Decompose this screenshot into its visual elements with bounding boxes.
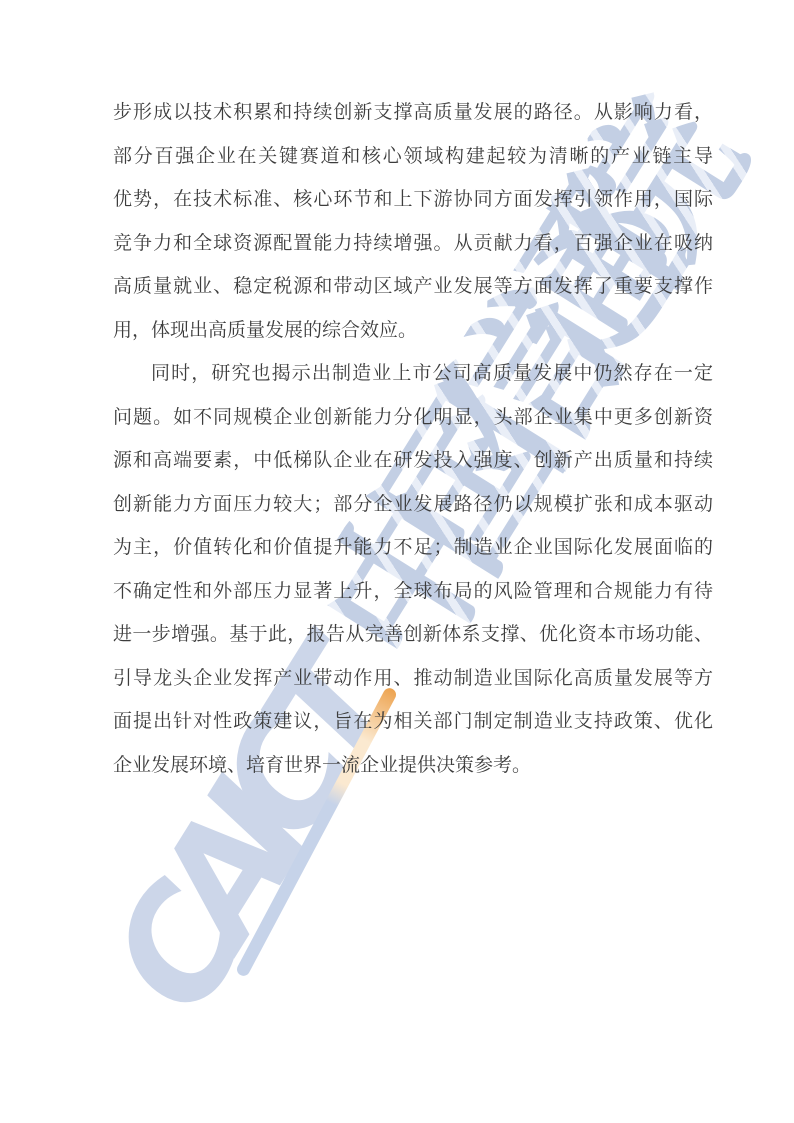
text-line: 高质量就业、稳定税源和带动区域产业发展等方面发挥了重要支撑作 <box>113 265 713 309</box>
text-line: 部分百强企业在关键赛道和核心领域构建起较为清晰的产业链主导 <box>113 135 713 179</box>
text-line: 面提出针对性政策建议，旨在为相关部门制定制造业支持政策、优化 <box>113 700 713 744</box>
text-line: 用，体现出高质量发展的综合效应。 <box>113 309 713 353</box>
text-line: 步形成以技术积累和持续创新支撑高质量发展的路径。从影响力看， <box>113 91 713 135</box>
paragraph: 步形成以技术积累和持续创新支撑高质量发展的路径。从影响力看，部分百强企业在关键赛… <box>113 91 713 352</box>
text-line: 优势，在技术标准、核心环节和上下游协同方面发挥引领作用，国际 <box>113 178 713 222</box>
text-line: 为主，价值转化和价值提升能力不足；制造业企业国际化发展面临的 <box>113 526 713 570</box>
body-text: 步形成以技术积累和持续创新支撑高质量发展的路径。从影响力看，部分百强企业在关键赛… <box>113 91 713 787</box>
paragraph: 同时，研究也揭示出制造业上市公司高质量发展中仍然存在一定问题。如不同规模企业创新… <box>113 352 713 787</box>
text-line: 源和高端要素，中低梯队企业在研发投入强度、创新产出质量和持续 <box>113 439 713 483</box>
document-page: CAICT 中国信通院 步形成以技术积累和持续创新支撑高质量发展的路径。从影响力… <box>0 0 794 1123</box>
text-line: 创新能力方面压力较大；部分企业发展路径仍以规模扩张和成本驱动 <box>113 483 713 527</box>
text-line: 同时，研究也揭示出制造业上市公司高质量发展中仍然存在一定 <box>113 352 713 396</box>
text-line: 竞争力和全球资源配置能力持续增强。从贡献力看，百强企业在吸纳 <box>113 222 713 266</box>
text-line: 引导龙头企业发挥产业带动作用、推动制造业国际化高质量发展等方 <box>113 657 713 701</box>
text-line: 不确定性和外部压力显著上升，全球布局的风险管理和合规能力有待 <box>113 570 713 614</box>
text-line: 问题。如不同规模企业创新能力分化明显，头部企业集中更多创新资 <box>113 396 713 440</box>
text-line: 企业发展环境、培育世界一流企业提供决策参考。 <box>113 744 713 788</box>
text-line: 进一步增强。基于此，报告从完善创新体系支撑、优化资本市场功能、 <box>113 613 713 657</box>
